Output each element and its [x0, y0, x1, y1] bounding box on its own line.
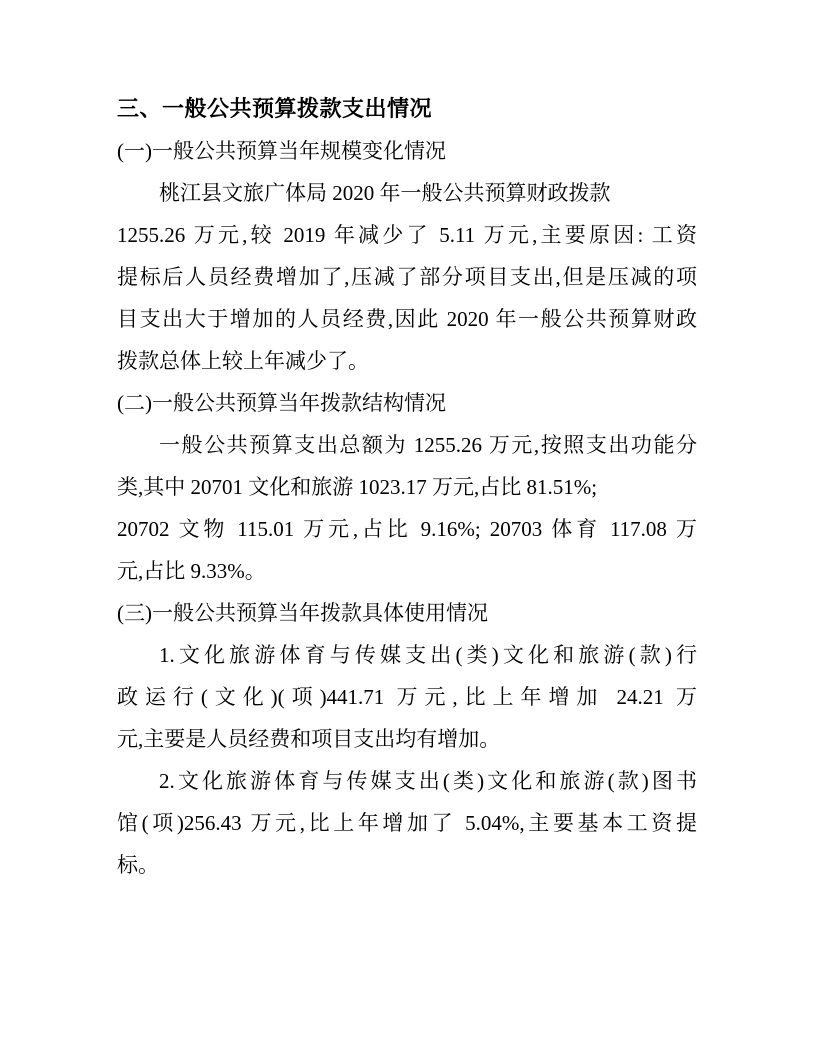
subheading-1: (一)一般公共预算当年规模变化情况 — [117, 130, 697, 172]
paragraph-4-line-1: 2.文化旅游体育与传媒支出(类)文化和旅游(款)图书 — [117, 760, 697, 802]
subheading-2: (二)一般公共预算当年拨款结构情况 — [117, 382, 697, 424]
document-text-block: 三、一般公共预算拨款支出情况 (一)一般公共预算当年规模变化情况 桃江县文旅广体… — [117, 88, 697, 886]
paragraph-3-line-1: 1.文化旅游体育与传媒支出(类)文化和旅游(款)行 — [117, 634, 697, 676]
paragraph-2-line-1: 一般公共预算支出总额为 1255.26 万元,按照支出功能分 — [117, 424, 697, 466]
paragraph-1-line-5: 拨款总体上较上年减少了。 — [117, 340, 697, 382]
section-heading: 三、一般公共预算拨款支出情况 — [117, 88, 697, 130]
paragraph-1-line-1: 桃江县文旅广体局 2020 年一般公共预算财政拨款 — [117, 172, 697, 214]
paragraph-1-line-3: 提标后人员经费增加了,压减了部分项目支出,但是压减的项 — [117, 256, 697, 298]
paragraph-2-line-4: 元,占比 9.33%。 — [117, 550, 697, 592]
document-page: 三、一般公共预算拨款支出情况 (一)一般公共预算当年规模变化情况 桃江县文旅广体… — [0, 0, 815, 1055]
paragraph-2-line-3: 20702 文物 115.01 万元,占比 9.16%; 20703 体育 11… — [117, 508, 697, 550]
paragraph-1-line-4: 目支出大于增加的人员经费,因此 2020 年一般公共预算财政 — [117, 298, 697, 340]
paragraph-1-line-2: 1255.26 万元,较 2019 年减少了 5.11 万元,主要原因: 工资 — [117, 214, 697, 256]
paragraph-4-line-3: 标。 — [117, 844, 697, 886]
subheading-3: (三)一般公共预算当年拨款具体使用情况 — [117, 592, 697, 634]
paragraph-2-line-2: 类,其中 20701 文化和旅游 1023.17 万元,占比 81.51%; — [117, 466, 697, 508]
paragraph-4-line-2: 馆(项)256.43 万元,比上年增加了 5.04%,主要基本工资提 — [117, 802, 697, 844]
paragraph-3-line-3: 元,主要是人员经费和项目支出均有增加。 — [117, 718, 697, 760]
paragraph-3-line-2: 政运行(文化)(项)441.71 万元,比上年增加 24.21 万 — [117, 676, 697, 718]
